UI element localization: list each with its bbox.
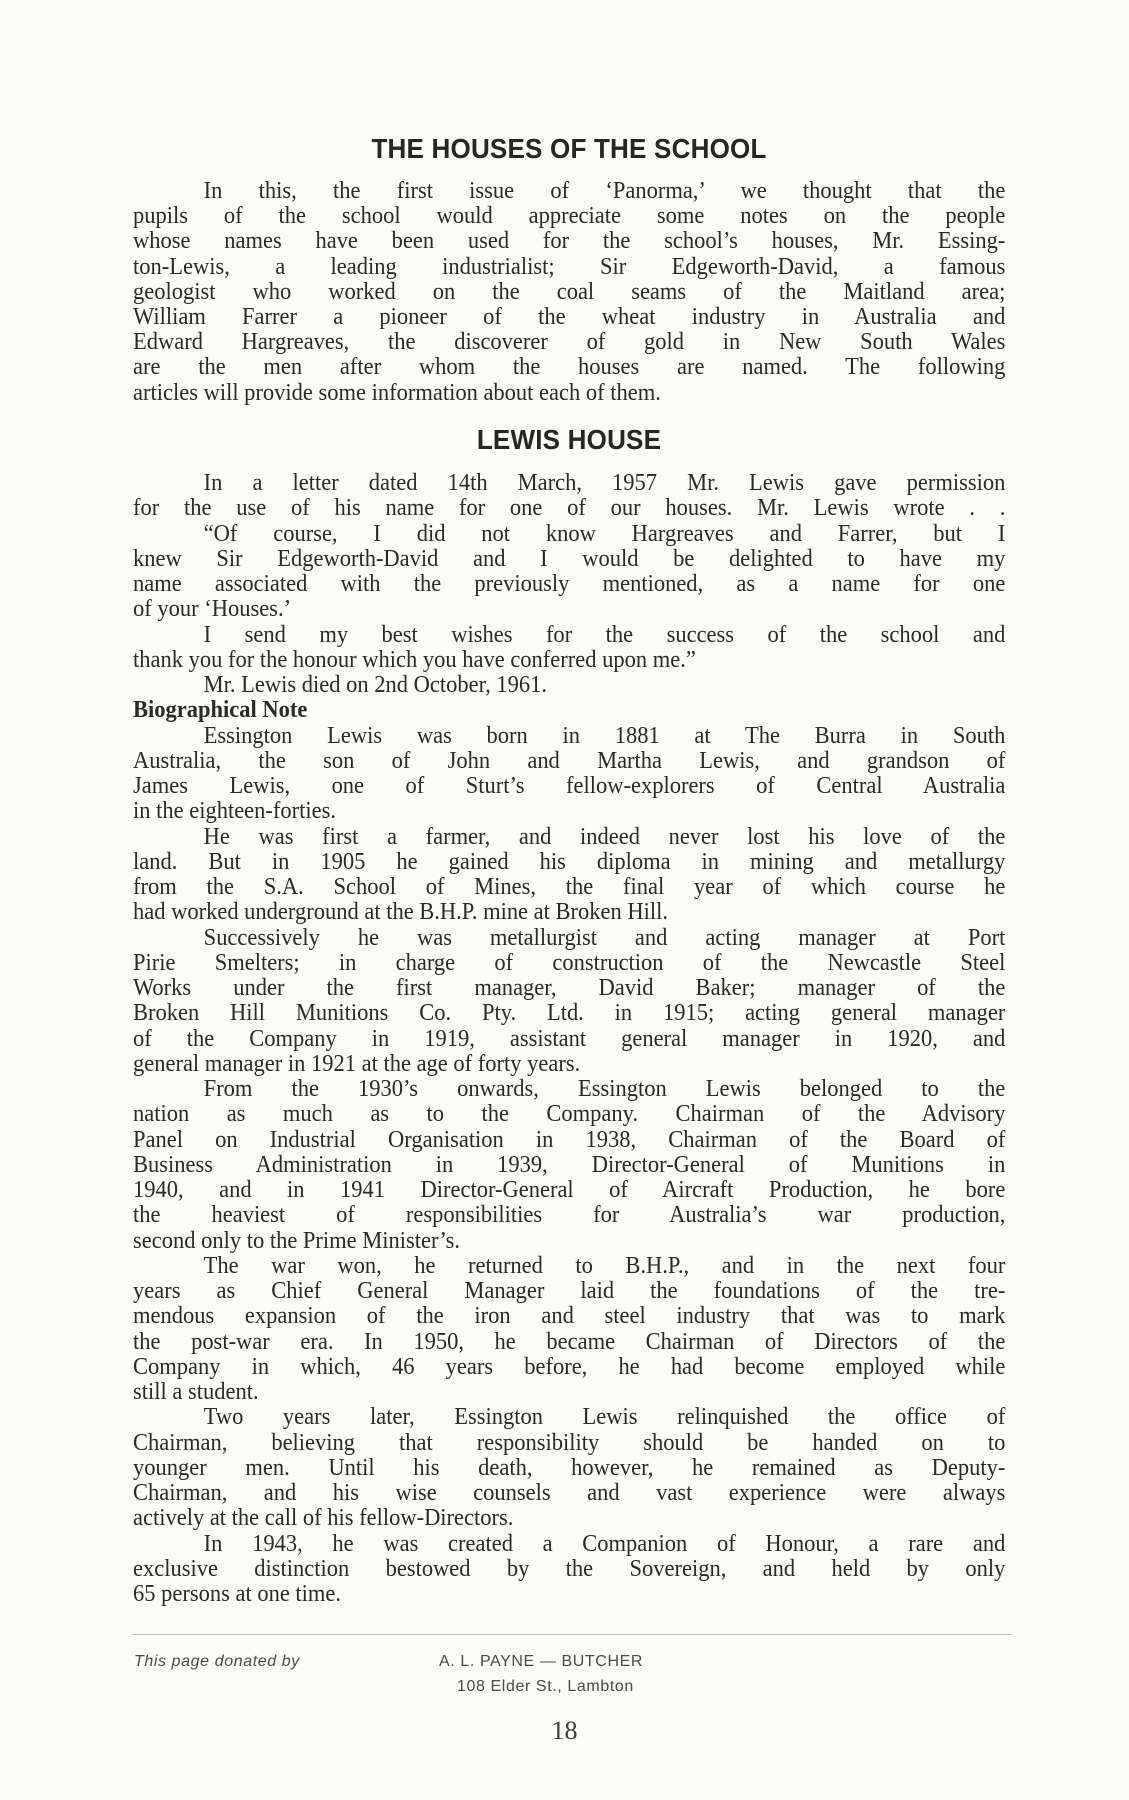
text-line: the post-war era. In 1950, he became Cha… [133,1329,1005,1354]
text-line: general manager in 1921 at the age of fo… [133,1051,1005,1076]
text-line: land. But in 1905 he gained his diploma … [133,849,1005,874]
text-line: for the use of his name for one of our h… [133,495,1005,520]
text-line: Works under the first manager, David Bak… [133,975,1005,1000]
text-line: Pirie Smelters; in charge of constructio… [133,950,1005,975]
text-line: from the S.A. School of Mines, the final… [133,874,1005,899]
text-line: Successively he was metallurgist and act… [133,925,1005,950]
text-line: Business Administration in 1939, Directo… [133,1152,1005,1177]
text-line: In this, the first issue of ‘Panorma,’ w… [133,178,1005,203]
section-title: LEWIS HOUSE [164,424,975,456]
text-line: articles will provide some information a… [133,380,1005,405]
text-line: whose names have been used for the schoo… [133,228,1005,253]
text-line: mendous expansion of the iron and steel … [133,1303,1005,1328]
text-line: knew Sir Edgeworth-David and I would be … [133,546,1005,571]
text-line: 65 persons at one time. [133,1581,1005,1606]
text-line: In 1943, he was created a Companion of H… [133,1531,1005,1556]
donor-name: A. L. PAYNE — BUTCHER [439,1653,643,1671]
text-line: name associated with the previously ment… [133,571,1005,596]
text-line: The war won, he returned to B.H.P., and … [133,1253,1005,1278]
donor-address: 108 Elder St., Lambton [457,1678,634,1696]
text-line: Edward Hargreaves, the discoverer of gol… [133,329,1005,354]
text-line: Mr. Lewis died on 2nd October, 1961. [133,672,1005,697]
text-line: I send my best wishes for the success of… [133,622,1005,647]
text-line: exclusive distinction bestowed by the So… [133,1556,1005,1581]
document-page: THE HOUSES OF THE SCHOOL In this, the fi… [0,0,1129,1800]
text-line: “Of course, I did not know Hargreaves an… [133,521,1005,546]
page-title: THE HOUSES OF THE SCHOOL [164,133,975,165]
text-line: still a student. [133,1379,1005,1404]
text-line: Chairman, believing that responsibility … [133,1430,1005,1455]
text-line: geologist who worked on the coal seams o… [133,279,1005,304]
text-line: ton-Lewis, a leading industrialist; Sir … [133,254,1005,279]
text-line: Panel on Industrial Organisation in 1938… [133,1127,1005,1152]
text-line: are the men after whom the houses are na… [133,354,1005,379]
text-line: of your ‘Houses.’ [133,596,1005,621]
subheading-line: Biographical Note [133,697,1005,722]
footer-divider [133,1634,1011,1635]
text-line: Australia, the son of John and Martha Le… [133,748,1005,773]
text-line: 1940, and in 1941 Director-General of Ai… [133,1177,1005,1202]
text-line: From the 1930’s onwards, Essington Lewis… [133,1076,1005,1101]
text-line: Company in which, 46 years before, he ha… [133,1354,1005,1379]
text-line: William Farrer a pioneer of the wheat in… [133,304,1005,329]
text-line: thank you for the honour which you have … [133,647,1005,672]
text-line: had worked underground at the B.H.P. min… [133,899,1005,924]
text-line: Essington Lewis was born in 1881 at The … [133,723,1005,748]
text-line: actively at the call of his fellow-Direc… [133,1505,1005,1530]
text-line: the heaviest of responsibilities for Aus… [133,1202,1005,1227]
text-line: James Lewis, one of Sturt’s fellow-explo… [133,773,1005,798]
text-line: second only to the Prime Minister’s. [133,1228,1005,1253]
text-line: Broken Hill Munitions Co. Pty. Ltd. in 1… [133,1000,1005,1025]
text-line: of the Company in 1919, assistant genera… [133,1026,1005,1051]
page-number: 18 [0,1716,1129,1746]
text-line: in the eighteen-forties. [133,798,1005,823]
text-line: Two years later, Essington Lewis relinqu… [133,1404,1005,1429]
donation-label: This page donated by [134,1653,300,1671]
text-line: He was first a farmer, and indeed never … [133,824,1005,849]
text-line: In a letter dated 14th March, 1957 Mr. L… [133,470,1005,495]
text-line: Chairman, and his wise counsels and vast… [133,1480,1005,1505]
text-line: nation as much as to the Company. Chairm… [133,1101,1005,1126]
text-line: years as Chief General Manager laid the … [133,1278,1005,1303]
text-line: younger men. Until his death, however, h… [133,1455,1005,1480]
text-line: pupils of the school would appreciate so… [133,203,1005,228]
